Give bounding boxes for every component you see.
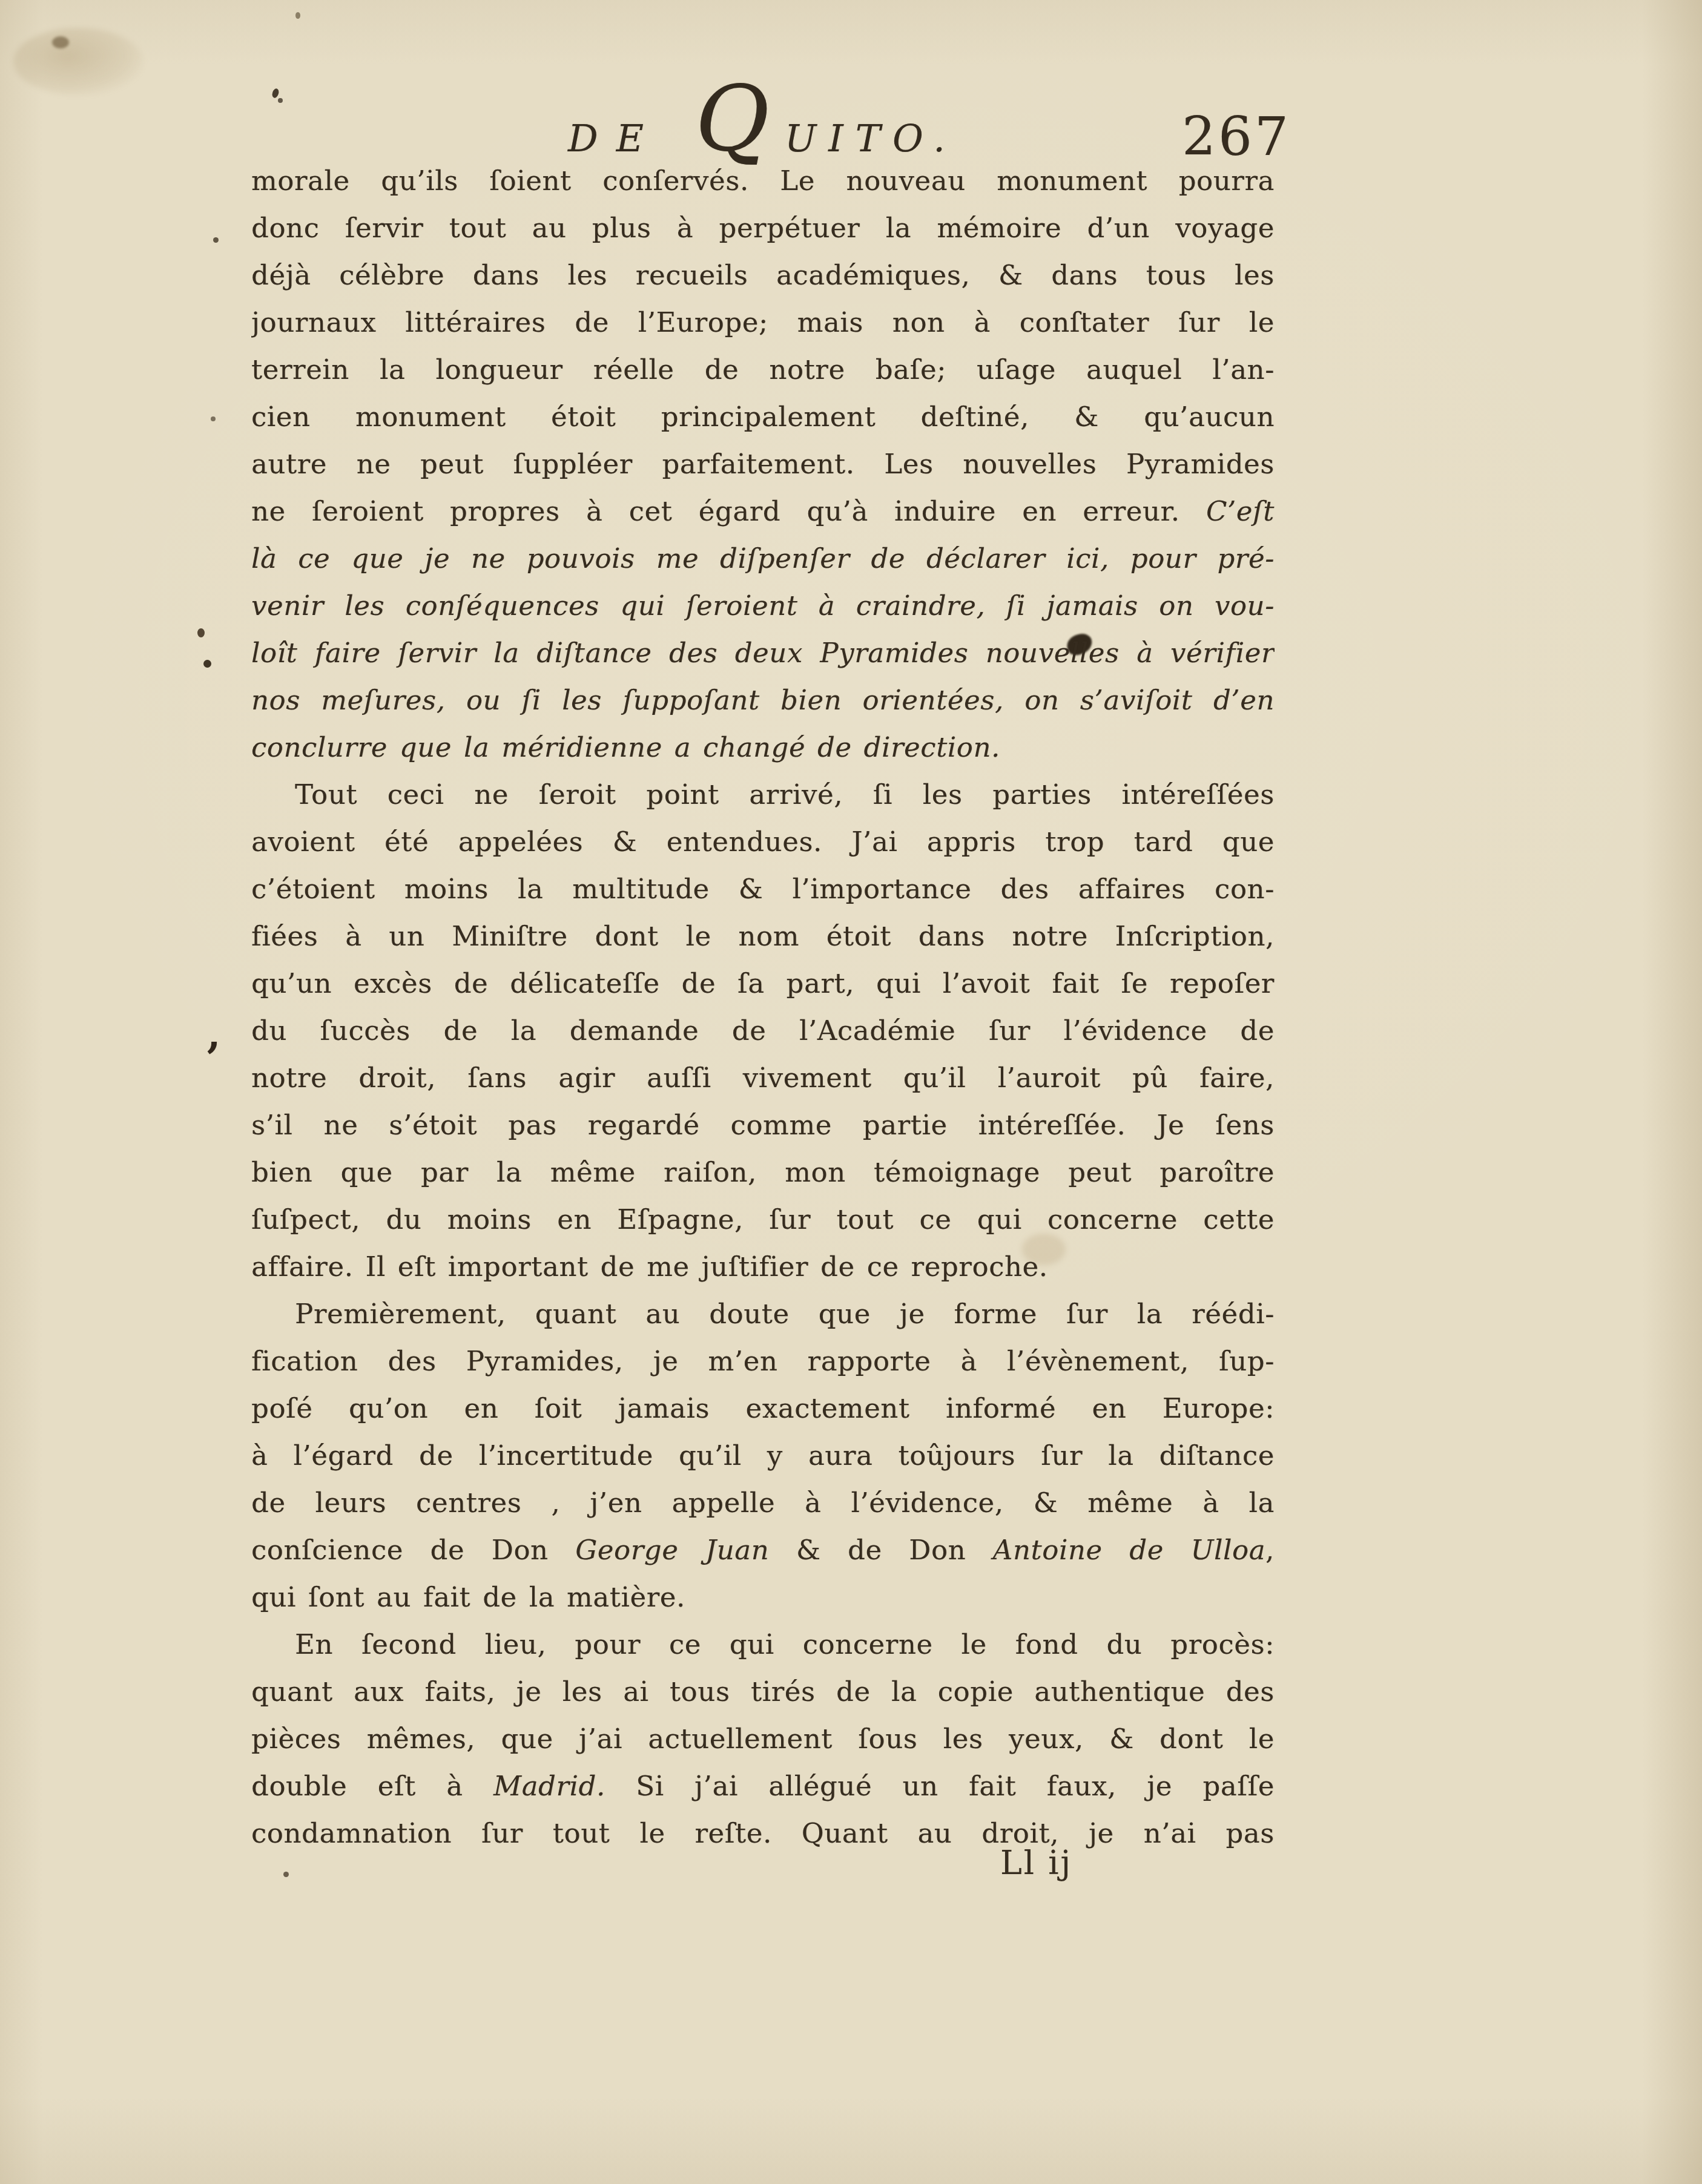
text-line: condamnation ſur tout le reſte. Quant au… [251, 1810, 1275, 1857]
text-line: autre ne peut ſuppléer parfaitement. Les… [251, 441, 1275, 488]
text-line: Premièrement, quant au doute que je form… [251, 1291, 1275, 1338]
text-line: morale qu’ils ſoient conſervés. Le nouve… [251, 157, 1275, 205]
text-line: ne ſeroient propres à cet égard qu’à ind… [251, 488, 1275, 535]
text-segment-italic: Antoine de Ulloa [993, 1534, 1265, 1566]
text-line-italic: loît faire ſervir la diſtance des deux P… [251, 630, 1275, 677]
ink-speck [283, 1872, 289, 1877]
text-line: affaire. Il eſt important de me juſtifie… [251, 1243, 1275, 1291]
margin-ink-dot [213, 237, 219, 243]
text-line: pièces mêmes, que j’ai actuellement ſous… [251, 1715, 1275, 1763]
margin-ink-dot [211, 416, 216, 421]
text-block: morale qu’ils ſoient conſervés. Le nouve… [251, 157, 1275, 1857]
running-header-title-de: DE [568, 120, 662, 157]
text-line-italic: conclurre que la méridienne a changé de … [251, 724, 1275, 771]
text-line: Tout ceci ne ſeroit point arrivé, ſi les… [251, 771, 1275, 818]
text-line: de leurs centres , j’en appelle à l’évid… [251, 1479, 1275, 1527]
text-line-italic: nos meſures, ou ſi les ſuppoſant bien or… [251, 677, 1275, 724]
text-line: terrein la longueur réelle de notre baſe… [251, 346, 1275, 393]
text-line: notre droit, ſans agir auſſi vivement qu… [251, 1054, 1275, 1102]
text-line: fication des Pyramides, je m’en rapporte… [251, 1338, 1275, 1385]
text-segment: , [1265, 1534, 1275, 1566]
text-line: bien que par la même raiſon, mon témoign… [251, 1149, 1275, 1196]
text-line: du ſuccès de la demande de l’Académie ſu… [251, 1007, 1275, 1054]
book-page-scan: , DE Q UITO. 267 morale qu’ils ſoient co… [0, 0, 1702, 2184]
running-header-title-q: Q [695, 74, 770, 165]
text-segment-italic: C’eſt [1206, 495, 1275, 527]
text-line: c’étoient moins la multitude & l’importa… [251, 866, 1275, 913]
text-line: qui ſont au fait de la matière. [251, 1574, 1275, 1621]
text-segment: ne ſeroient propres à cet égard qu’à ind… [251, 495, 1206, 527]
margin-comma-mark: , [207, 1016, 220, 1054]
text-line-italic: venir les conſéquences qui ſeroient à cr… [251, 582, 1275, 630]
running-header-title-uito: UITO. [785, 120, 957, 157]
text-line: En ſecond lieu, pour ce qui concerne le … [251, 1621, 1275, 1668]
text-line: donc ſervir tout au plus à perpétuer la … [251, 205, 1275, 252]
text-line: fiées à un Miniſtre dont le nom étoit da… [251, 913, 1275, 960]
paper-stain-spot [52, 36, 69, 48]
ink-speck [271, 88, 280, 99]
text-line: double eſt à Madrid. Si j’ai allégué un … [251, 1763, 1275, 1810]
text-line: quant aux faits, je les ai tous tirés de… [251, 1668, 1275, 1715]
signature-mark: Ll ij [1000, 1844, 1072, 1883]
ink-speck [278, 98, 283, 103]
text-line: journaux littéraires de l’Europe; mais n… [251, 299, 1275, 346]
text-line: poſé qu’on en ſoit jamais exactement inf… [251, 1385, 1275, 1432]
text-segment-italic: Madrid. [493, 1770, 605, 1802]
text-line: qu’un excès de délicateſſe de ſa part, q… [251, 960, 1275, 1007]
margin-ink-dot [203, 660, 211, 668]
text-line: conſcience de Don George Juan & de Don A… [251, 1527, 1275, 1574]
page-number: 267 [1182, 110, 1291, 163]
text-line: avoient été appelées & entendues. J’ai a… [251, 818, 1275, 866]
text-line: déjà célèbre dans les recueils académiqu… [251, 252, 1275, 299]
paper-stain [13, 28, 143, 96]
text-line: à l’égard de l’incertitude qu’il y aura … [251, 1432, 1275, 1479]
text-line: s’il ne s’étoit pas regardé comme partie… [251, 1102, 1275, 1149]
margin-ink-dot [197, 628, 205, 637]
ink-speck [295, 12, 300, 19]
text-line-italic: là ce que je ne pouvois me diſpenſer de … [251, 535, 1275, 582]
text-segment: double eſt à [251, 1770, 493, 1802]
text-segment: conſcience de Don [251, 1534, 575, 1566]
text-segment: Si j’ai allégué un fait faux, je paſſe [605, 1770, 1275, 1802]
text-line: ſuſpect, du moins en Eſpagne, ſur tout c… [251, 1196, 1275, 1243]
text-segment-italic: George Juan [575, 1534, 769, 1566]
text-line: cien monument étoit principalement deſti… [251, 393, 1275, 441]
text-segment: & de Don [769, 1534, 993, 1566]
